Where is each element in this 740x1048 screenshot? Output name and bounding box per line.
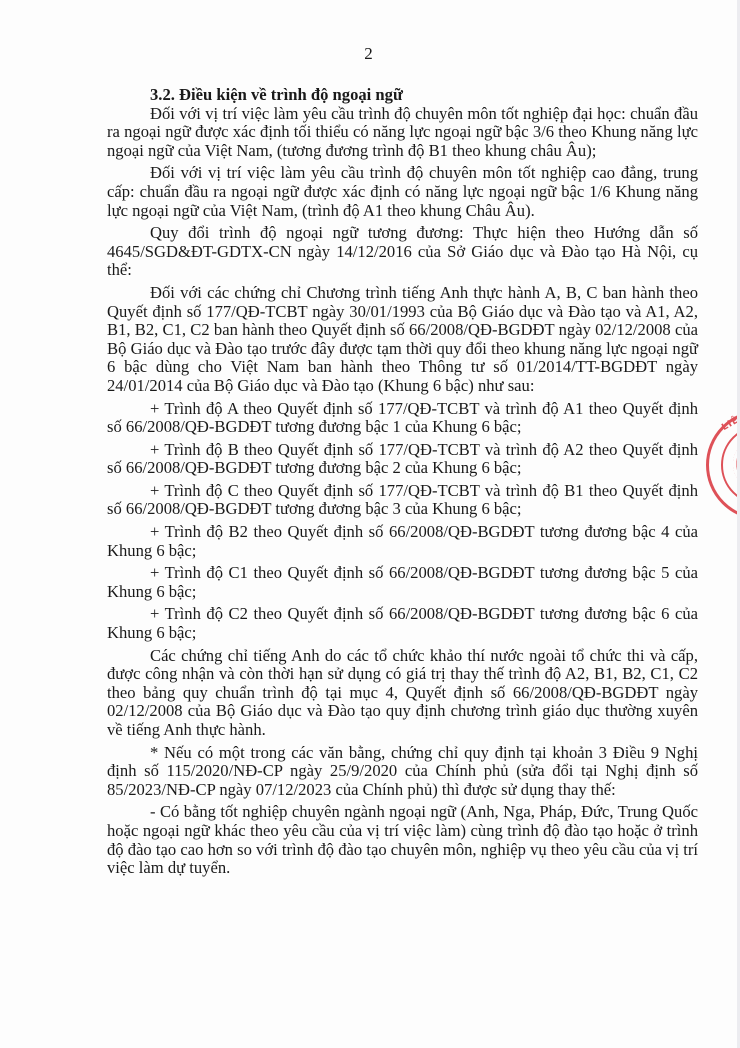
list-item: + Trình độ C theo Quyết định số 177/QĐ-T… (107, 482, 698, 519)
paragraph: * Nếu có một trong các văn bằng, chứng c… (107, 744, 698, 800)
document-page: 2 3.2. Điều kiện về trình độ ngoại ngữ Đ… (0, 0, 738, 1048)
paragraph: Các chứng chỉ tiếng Anh do các tổ chức k… (107, 647, 698, 740)
paragraph: - Có bằng tốt nghiệp chuyên ngành ngoại … (107, 803, 698, 877)
section-heading: 3.2. Điều kiện về trình độ ngoại ngữ (107, 86, 698, 105)
list-item: + Trình độ B2 theo Quyết định số 66/2008… (107, 523, 698, 560)
list-item: + Trình độ B theo Quyết định số 177/QĐ-T… (107, 441, 698, 478)
paragraph: Đối với các chứng chỉ Chương trình tiếng… (107, 284, 698, 396)
paragraph: Đối với vị trí việc làm yêu cầu trình độ… (107, 105, 698, 161)
list-item: + Trình độ A theo Quyết định số 177/QĐ-T… (107, 400, 698, 437)
page-number: 2 (0, 44, 737, 64)
list-item: + Trình độ C1 theo Quyết định số 66/2008… (107, 564, 698, 601)
list-item: + Trình độ C2 theo Quyết định số 66/2008… (107, 605, 698, 642)
red-seal-stamp-icon: LIÊN (706, 410, 740, 520)
paragraph: Đối với vị trí việc làm yêu cầu trình độ… (107, 164, 698, 220)
section-content: 3.2. Điều kiện về trình độ ngoại ngữ Đối… (107, 86, 698, 878)
paragraph: Quy đổi trình độ ngoại ngữ tương đương: … (107, 224, 698, 280)
